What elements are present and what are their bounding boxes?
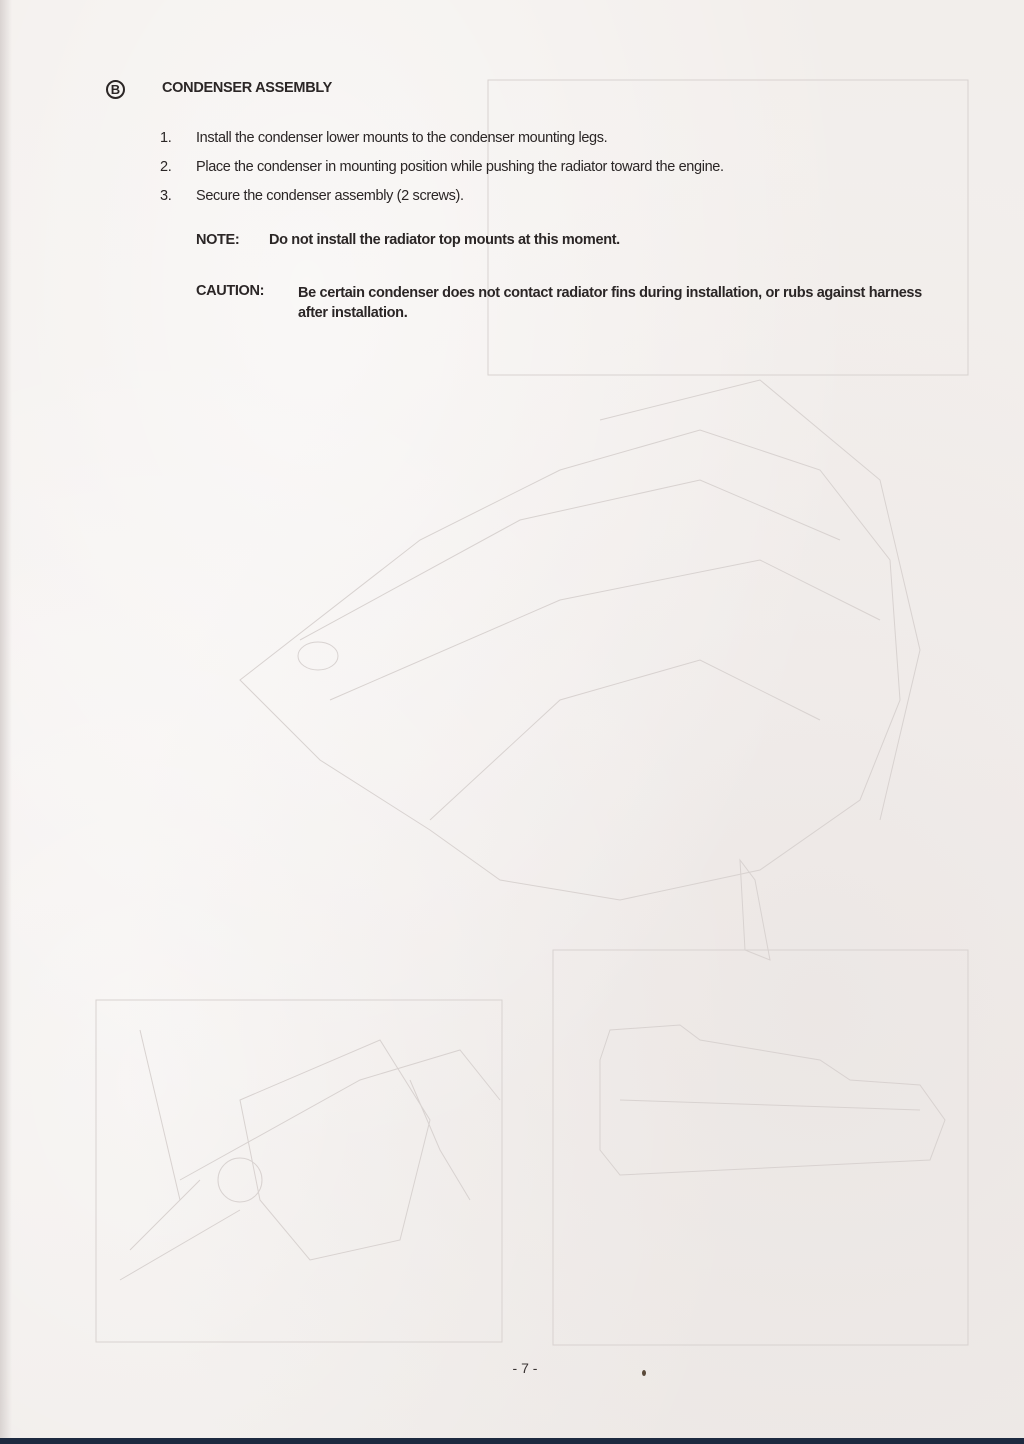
scanner-bottom-edge	[0, 1438, 1024, 1444]
caution-label: CAUTION:	[196, 283, 264, 299]
ghost-figure-frame-bottom-left	[96, 1000, 502, 1342]
section-header: B CONDENSER ASSEMBLY	[106, 78, 125, 100]
step-text: Install the condenser lower mounts to th…	[196, 130, 607, 146]
caution-text: Be certain condenser does not contact ra…	[298, 283, 948, 323]
page-number: - 7 -	[500, 1360, 550, 1376]
ghost-figure-frame-top	[488, 80, 968, 375]
note-text: Do not install the radiator top mounts a…	[269, 232, 620, 248]
document-page: B CONDENSER ASSEMBLY 1. Install the cond…	[0, 0, 1024, 1444]
ink-speck	[642, 1370, 646, 1376]
show-through-illustrations	[0, 0, 1024, 1444]
step-text: Place the condenser in mounting position…	[196, 159, 724, 175]
page-edge-shadow	[0, 0, 12, 1444]
step-text: Secure the condenser assembly (2 screws)…	[196, 188, 464, 204]
section-title: CONDENSER ASSEMBLY	[162, 80, 332, 96]
step-number: 3.	[160, 188, 190, 204]
step-number: 1.	[160, 130, 190, 146]
step-number: 2.	[160, 159, 190, 175]
section-marker: B	[106, 80, 125, 99]
note-label: NOTE:	[196, 232, 239, 248]
ghost-figure-frame-bottom-right	[553, 950, 968, 1345]
